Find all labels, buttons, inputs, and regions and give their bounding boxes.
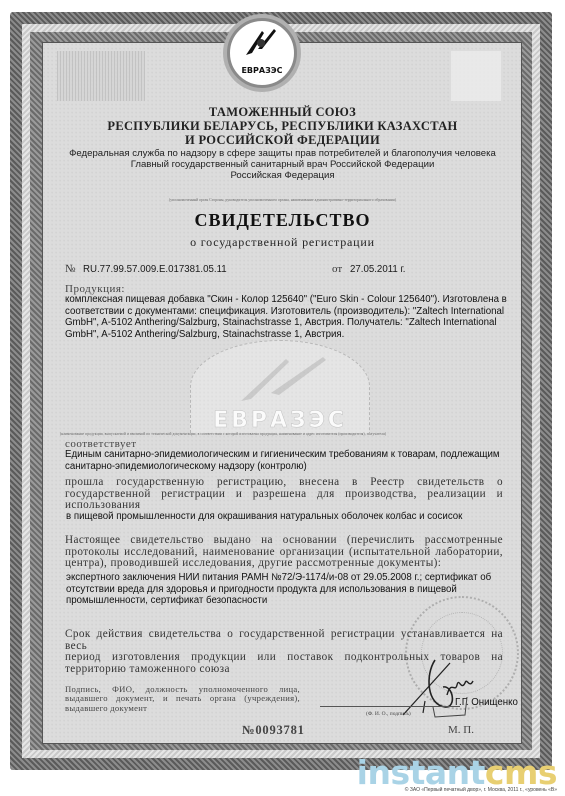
- header-union: ТАМОЖЕННЫЙ СОЮЗ: [0, 105, 565, 120]
- header-federation: И РОССИЙСКОЙ ФЕДЕРАЦИИ: [0, 133, 565, 148]
- seal-mark: М. П.: [448, 724, 474, 736]
- product-caption: (наименование продукции, выпускаемой и в…: [60, 432, 515, 436]
- signer-name: Г.Г. Онищенко: [455, 697, 518, 708]
- product-line: GmbH", A-5102 Anthering/Salzburg, Staina…: [65, 329, 525, 341]
- evrazes-watermark-icon: [231, 353, 331, 403]
- basis-intro-line: центра), проводившей исследования, други…: [65, 558, 503, 570]
- document-subtitle: о государственной регистрации: [0, 235, 565, 250]
- conformity-line: санитарно-эпидемиологическому надзору (к…: [65, 461, 525, 473]
- basis-intro: Настоящее свидетельство выдано на основа…: [65, 535, 503, 570]
- hologram-block-left: [57, 51, 145, 101]
- form-number: №0093781: [242, 723, 305, 738]
- product-line: GmbH", A-5102 Anthering/Salzburg, Staina…: [65, 317, 525, 329]
- basis-intro-line: Настоящее свидетельство выдано на основа…: [65, 535, 503, 547]
- registration-number-label: №: [65, 263, 76, 275]
- header-caption: (уполномоченный орган Стороны, руководит…: [95, 198, 470, 202]
- header-republics: РЕСПУБЛИКИ БЕЛАРУСЬ, РЕСПУБЛИКИ КАЗАХСТА…: [0, 119, 565, 134]
- registration-line: прошла государственную регистрацию, внес…: [65, 477, 503, 489]
- registration-number: RU.77.99.57.009.Е.017381.05.11: [83, 264, 227, 275]
- registration-line: использования: [65, 500, 503, 512]
- signature-block-caption: Подпись, ФИО, должность уполномоченного …: [65, 685, 300, 713]
- evrazes-emblem-icon: [244, 27, 278, 57]
- product-description: комплексная пищевая добавка "Скин - Коло…: [65, 294, 525, 340]
- signature-caption-line: выдавшего документ: [65, 704, 300, 713]
- header-chief: Главный государственный санитарный врач …: [0, 159, 565, 170]
- signature-line: [320, 706, 460, 707]
- registration-statement: прошла государственную регистрацию, внес…: [65, 477, 503, 512]
- conformity-line: Единым санитарно-эпидемиологическим и ги…: [65, 449, 525, 461]
- registration-date-label: от: [332, 263, 342, 275]
- handwritten-signature-icon: [395, 645, 485, 720]
- registration-date: 27.05.2011 г.: [350, 264, 406, 275]
- usage-scope: в пищевой промышленности для окрашивания…: [66, 511, 526, 523]
- signer-caption: (Ф. И. О., подпись): [366, 711, 411, 717]
- evrazes-emblem: ЕВРАЗЭС: [227, 18, 297, 88]
- hologram-block-right: [451, 51, 501, 101]
- emblem-label: ЕВРАЗЭС: [230, 66, 294, 75]
- basis-line: отсутствии вреда для здоровья и пригодно…: [66, 584, 526, 596]
- header-service: Федеральная служба по надзору в сфере за…: [0, 148, 565, 159]
- instantcms-watermark: instantcms: [357, 756, 557, 790]
- printer-note: © ЗАО «Первый печатный двор», г. Москва,…: [405, 787, 557, 793]
- watermark-label: ЕВРАЗЭС: [191, 408, 369, 433]
- basis-line: экспертного заключения НИИ питания РАМН …: [66, 572, 526, 584]
- product-line: соответствии с документами: спецификация…: [65, 306, 525, 318]
- product-line: комплексная пищевая добавка "Скин - Коло…: [65, 294, 525, 306]
- conformity-requirements: Единым санитарно-эпидемиологическим и ги…: [65, 449, 525, 472]
- header-country: Российская Федерация: [0, 170, 565, 181]
- document-title: СВИДЕТЕЛЬСТВО: [0, 210, 565, 231]
- evrazes-watermark: ЕВРАЗЭС: [190, 340, 370, 433]
